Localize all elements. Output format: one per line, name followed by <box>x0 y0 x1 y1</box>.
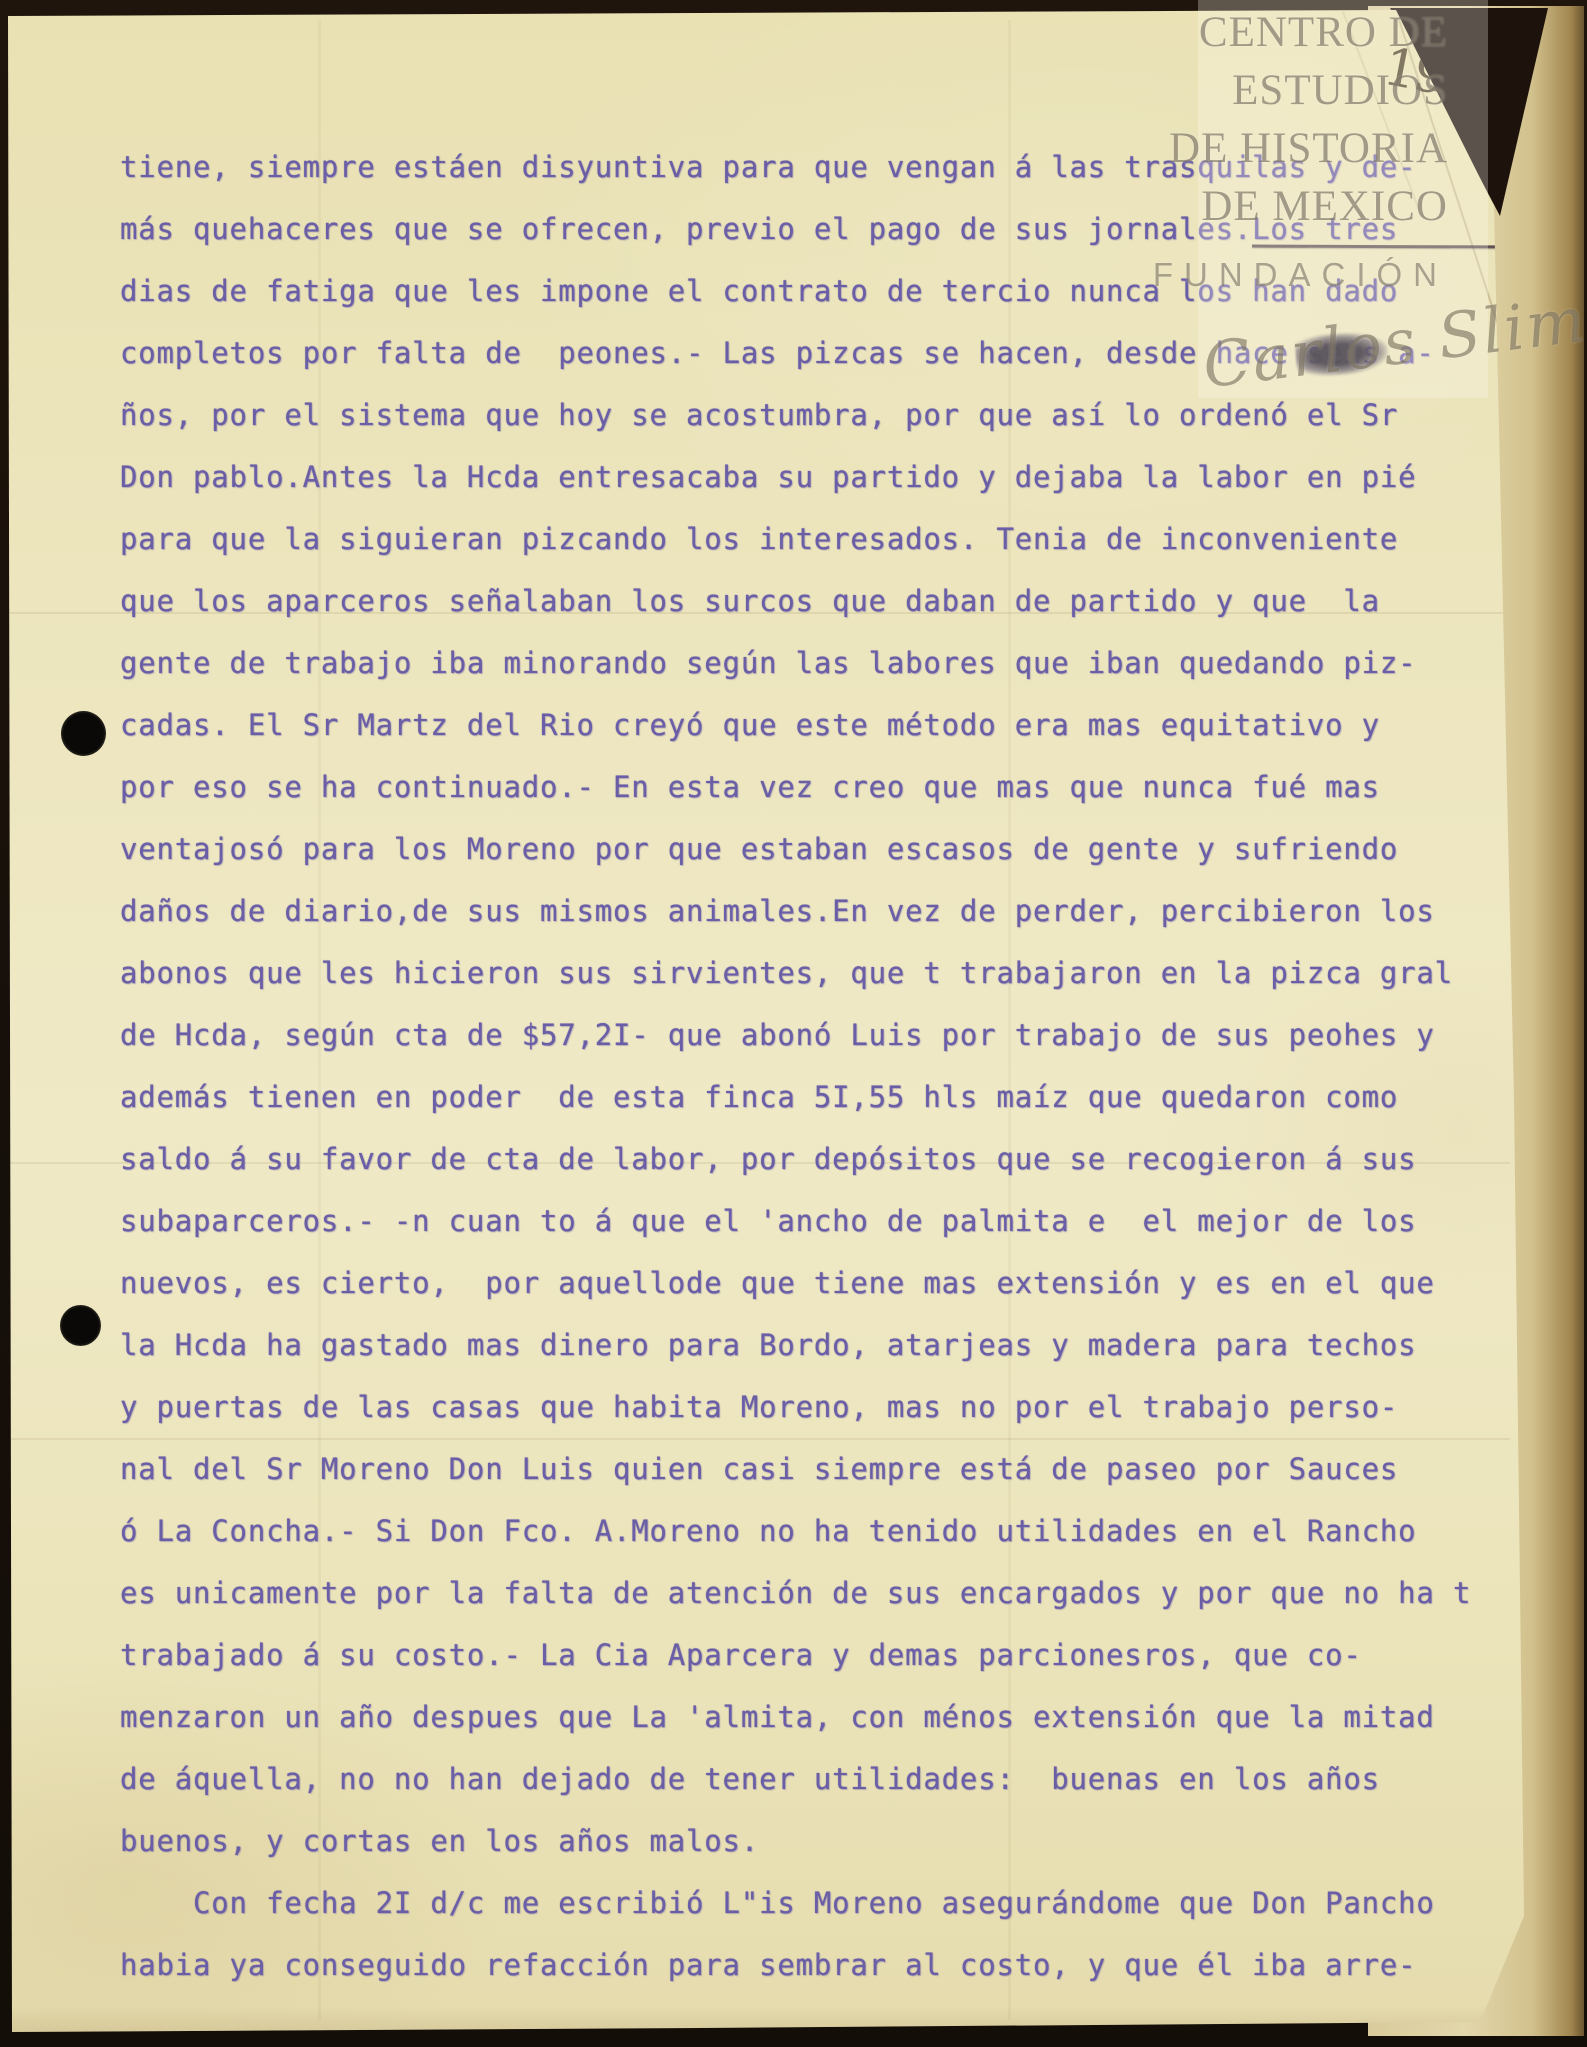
typed-line: ó La Concha.- Si Don Fco. A.Moreno no ha… <box>120 1500 1540 1562</box>
typed-line: subaparceros.- -n cuan to á que el 'anch… <box>120 1190 1540 1252</box>
typed-line: gente de trabajo iba minorando según las… <box>120 632 1540 694</box>
typed-line: buenos, y cortas en los años malos. <box>120 1810 1540 1872</box>
typed-line: cadas. El Sr Martz del Rio creyó que est… <box>120 694 1540 756</box>
scanned-document-page: tiene, siempre estáen disyuntiva para qu… <box>0 0 1587 2047</box>
typed-text: tiene, siempre estáen disyuntiva para qu… <box>120 136 1540 1996</box>
typed-line: daños de diario,de sus mismos animales.E… <box>120 880 1540 942</box>
typed-line: es unicamente por la falta de atención d… <box>120 1562 1540 1624</box>
typed-line: y puertas de las casas que habita Moreno… <box>120 1376 1540 1438</box>
typed-line: de Hcda, según cta de $57,2I- que abonó … <box>120 1004 1540 1066</box>
typed-line: Con fecha 2I d/c me escribió L"is Moreno… <box>120 1872 1540 1934</box>
punch-hole <box>60 1305 101 1346</box>
typed-line: habia ya conseguido refacción para sembr… <box>120 1934 1540 1996</box>
punch-hole <box>61 711 106 756</box>
typed-line: Don pablo.Antes la Hcda entresacaba su p… <box>120 446 1540 508</box>
watermark-text: DE MEXICO <box>1201 182 1448 231</box>
typed-line: además tienen en poder de esta finca 5I,… <box>120 1066 1540 1128</box>
typed-line: por eso se ha continuado.- En esta vez c… <box>120 756 1540 818</box>
typed-line: saldo á su favor de cta de labor, por de… <box>120 1128 1540 1190</box>
watermark-text: FUNDACIÓN <box>1153 256 1448 294</box>
typed-line: nuevos, es cierto, por aquellode que tie… <box>120 1252 1540 1314</box>
typed-line: nal del Sr Moreno Don Luis quien casi si… <box>120 1438 1540 1500</box>
watermark-text: CENTRO DE <box>1199 8 1448 57</box>
typed-line: menzaron un año despues que La 'almita, … <box>120 1686 1540 1748</box>
typed-line: ventajosó para los Moreno por que estaba… <box>120 818 1540 880</box>
typed-line: abonos que les hicieron sus sirvientes, … <box>120 942 1540 1004</box>
typed-line: para que la siguieran pizcando los inter… <box>120 508 1540 570</box>
typed-line: de áquella, no no han dejado de tener ut… <box>120 1748 1540 1810</box>
typed-line: que los aparceros señalaban los surcos q… <box>120 570 1540 632</box>
typed-line: trabajado á su costo.- La Cia Aparcera y… <box>120 1624 1540 1686</box>
watermark-text: DE HISTORIA <box>1169 124 1448 173</box>
watermark-text: ESTUDIOS <box>1232 66 1448 115</box>
typed-line: la Hcda ha gastado mas dinero para Bordo… <box>120 1314 1540 1376</box>
